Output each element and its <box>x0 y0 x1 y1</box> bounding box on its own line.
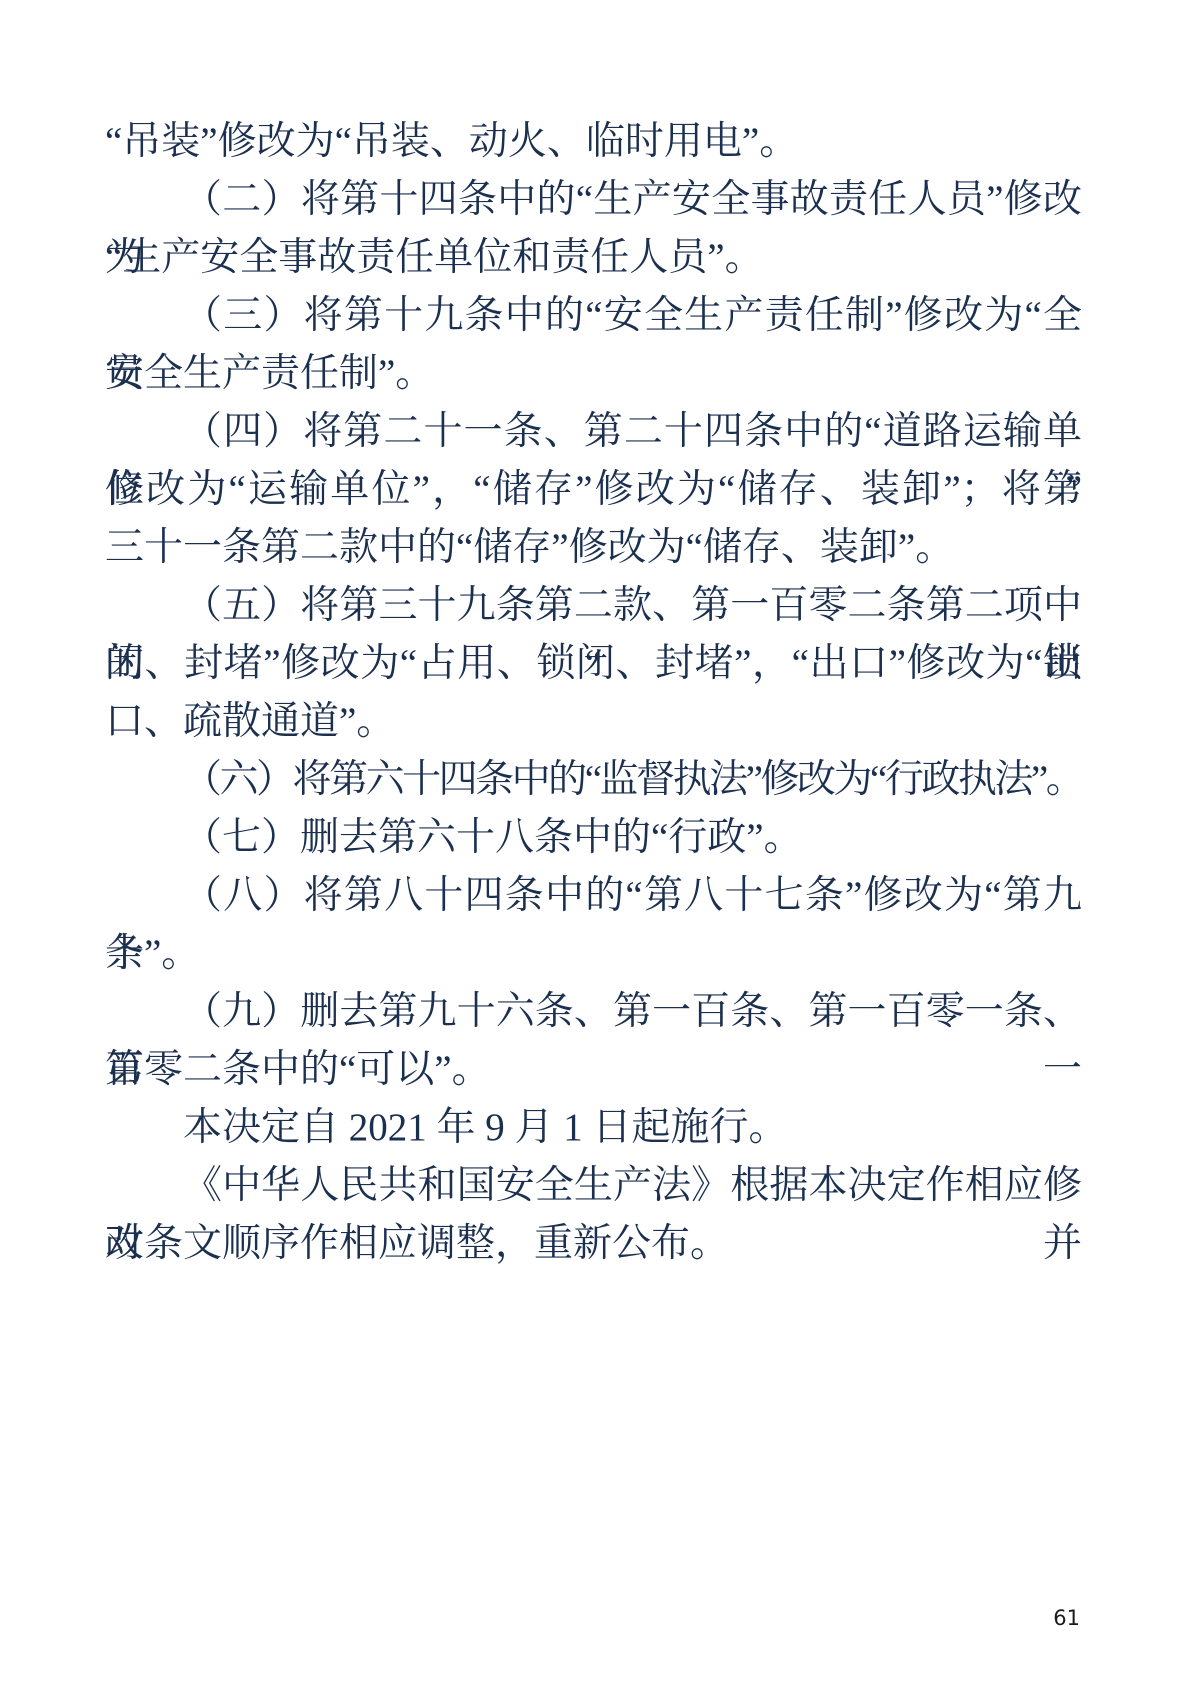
text-line: 本决定自 2021 年 9 月 1 日起施行。 <box>105 1099 1082 1157</box>
text-line: 《中华人民共和国安全生产法》根据本决定作相应修改并 <box>105 1157 1082 1215</box>
text-line: （七）删去第六十八条中的“行政”。 <box>105 809 1082 867</box>
text-line: 安全生产责任制”。 <box>105 345 1082 403</box>
text-line: （四）将第二十一条、第二十四条中的“道路运输单位” <box>105 403 1082 461</box>
text-line: （五）将第三十九条第二款、第一百零二条第二项中的“锁 <box>105 577 1082 635</box>
text-line: （八）将第八十四条中的“第八十七条”修改为“第九十 <box>105 867 1082 925</box>
text-line: （三）将第十九条中的“安全生产责任制”修改为“全员 <box>105 287 1082 345</box>
text-line: 三十一条第二款中的“储存”修改为“储存、装卸”。 <box>105 519 1082 577</box>
text-line: “生产安全事故责任单位和责任人员”。 <box>105 229 1082 287</box>
text-line: 口、疏散通道”。 <box>105 693 1082 751</box>
text-line: （六）将第六十四条中的“监督执法”修改为“行政执法”。 <box>105 751 1082 809</box>
text-line: （九）删去第九十六条、第一百条、第一百零一条、第一 <box>105 983 1082 1041</box>
text-line: 条”。 <box>105 925 1082 983</box>
page-number: 61 <box>1053 1603 1080 1633</box>
document-page: “吊装”修改为“吊装、动火、临时用电”。（二）将第十四条中的“生产安全事故责任人… <box>0 0 1190 1683</box>
document-body: “吊装”修改为“吊装、动火、临时用电”。（二）将第十四条中的“生产安全事故责任人… <box>105 113 1082 1273</box>
text-line: 闭、封堵”修改为“占用、锁闭、封堵”，“出口”修改为“出 <box>105 635 1082 693</box>
text-line: 修改为“运输单位”，“储存”修改为“储存、装卸”；将第 <box>105 461 1082 519</box>
text-line: （二）将第十四条中的“生产安全事故责任人员”修改为 <box>105 171 1082 229</box>
text-line: “吊装”修改为“吊装、动火、临时用电”。 <box>105 113 1082 171</box>
